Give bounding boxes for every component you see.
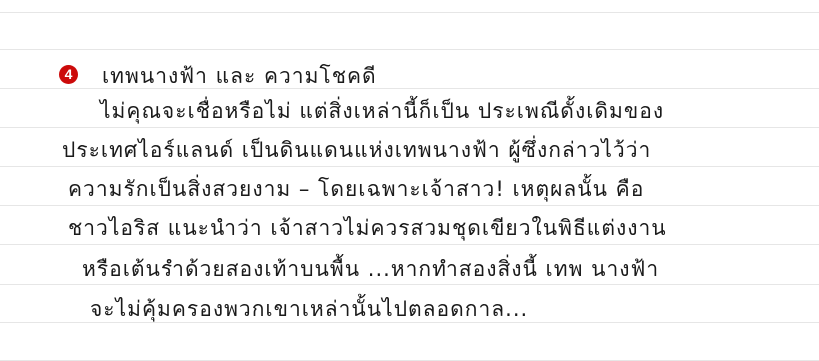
section-title: เทพนางฟ้า และ ความโชคดี (102, 60, 377, 93)
section-number-badge: 4 (59, 65, 78, 84)
paragraph-line: ประเทศไอร์แลนด์ เป็นดินแดนแห่งเทพนางฟ้า … (62, 134, 651, 167)
paragraph-line: ชาวไอริส แนะนำว่า เจ้าสาวไม่ควรสวมชุดเขี… (68, 212, 667, 245)
ruled-line (0, 49, 819, 50)
paragraph-line: ไม่คุณจะเชื่อหรือไม่ แต่สิ่งเหล่านี้ก็เป… (100, 95, 664, 128)
paragraph-line: จะไม่คุ้มครองพวกเขาเหล่านั้นไปตลอดกาล... (90, 293, 528, 326)
ruled-line (0, 12, 819, 13)
notebook-page: 4 เทพนางฟ้า และ ความโชคดี ไม่คุณจะเชื่อห… (0, 0, 819, 361)
paragraph-line: หรือเต้นรำด้วยสองเท้าบนพื้น ...หากทำสองส… (82, 253, 659, 286)
paragraph-line: ความรักเป็นสิ่งสวยงาม – โดยเฉพาะเจ้าสาว!… (68, 173, 644, 206)
